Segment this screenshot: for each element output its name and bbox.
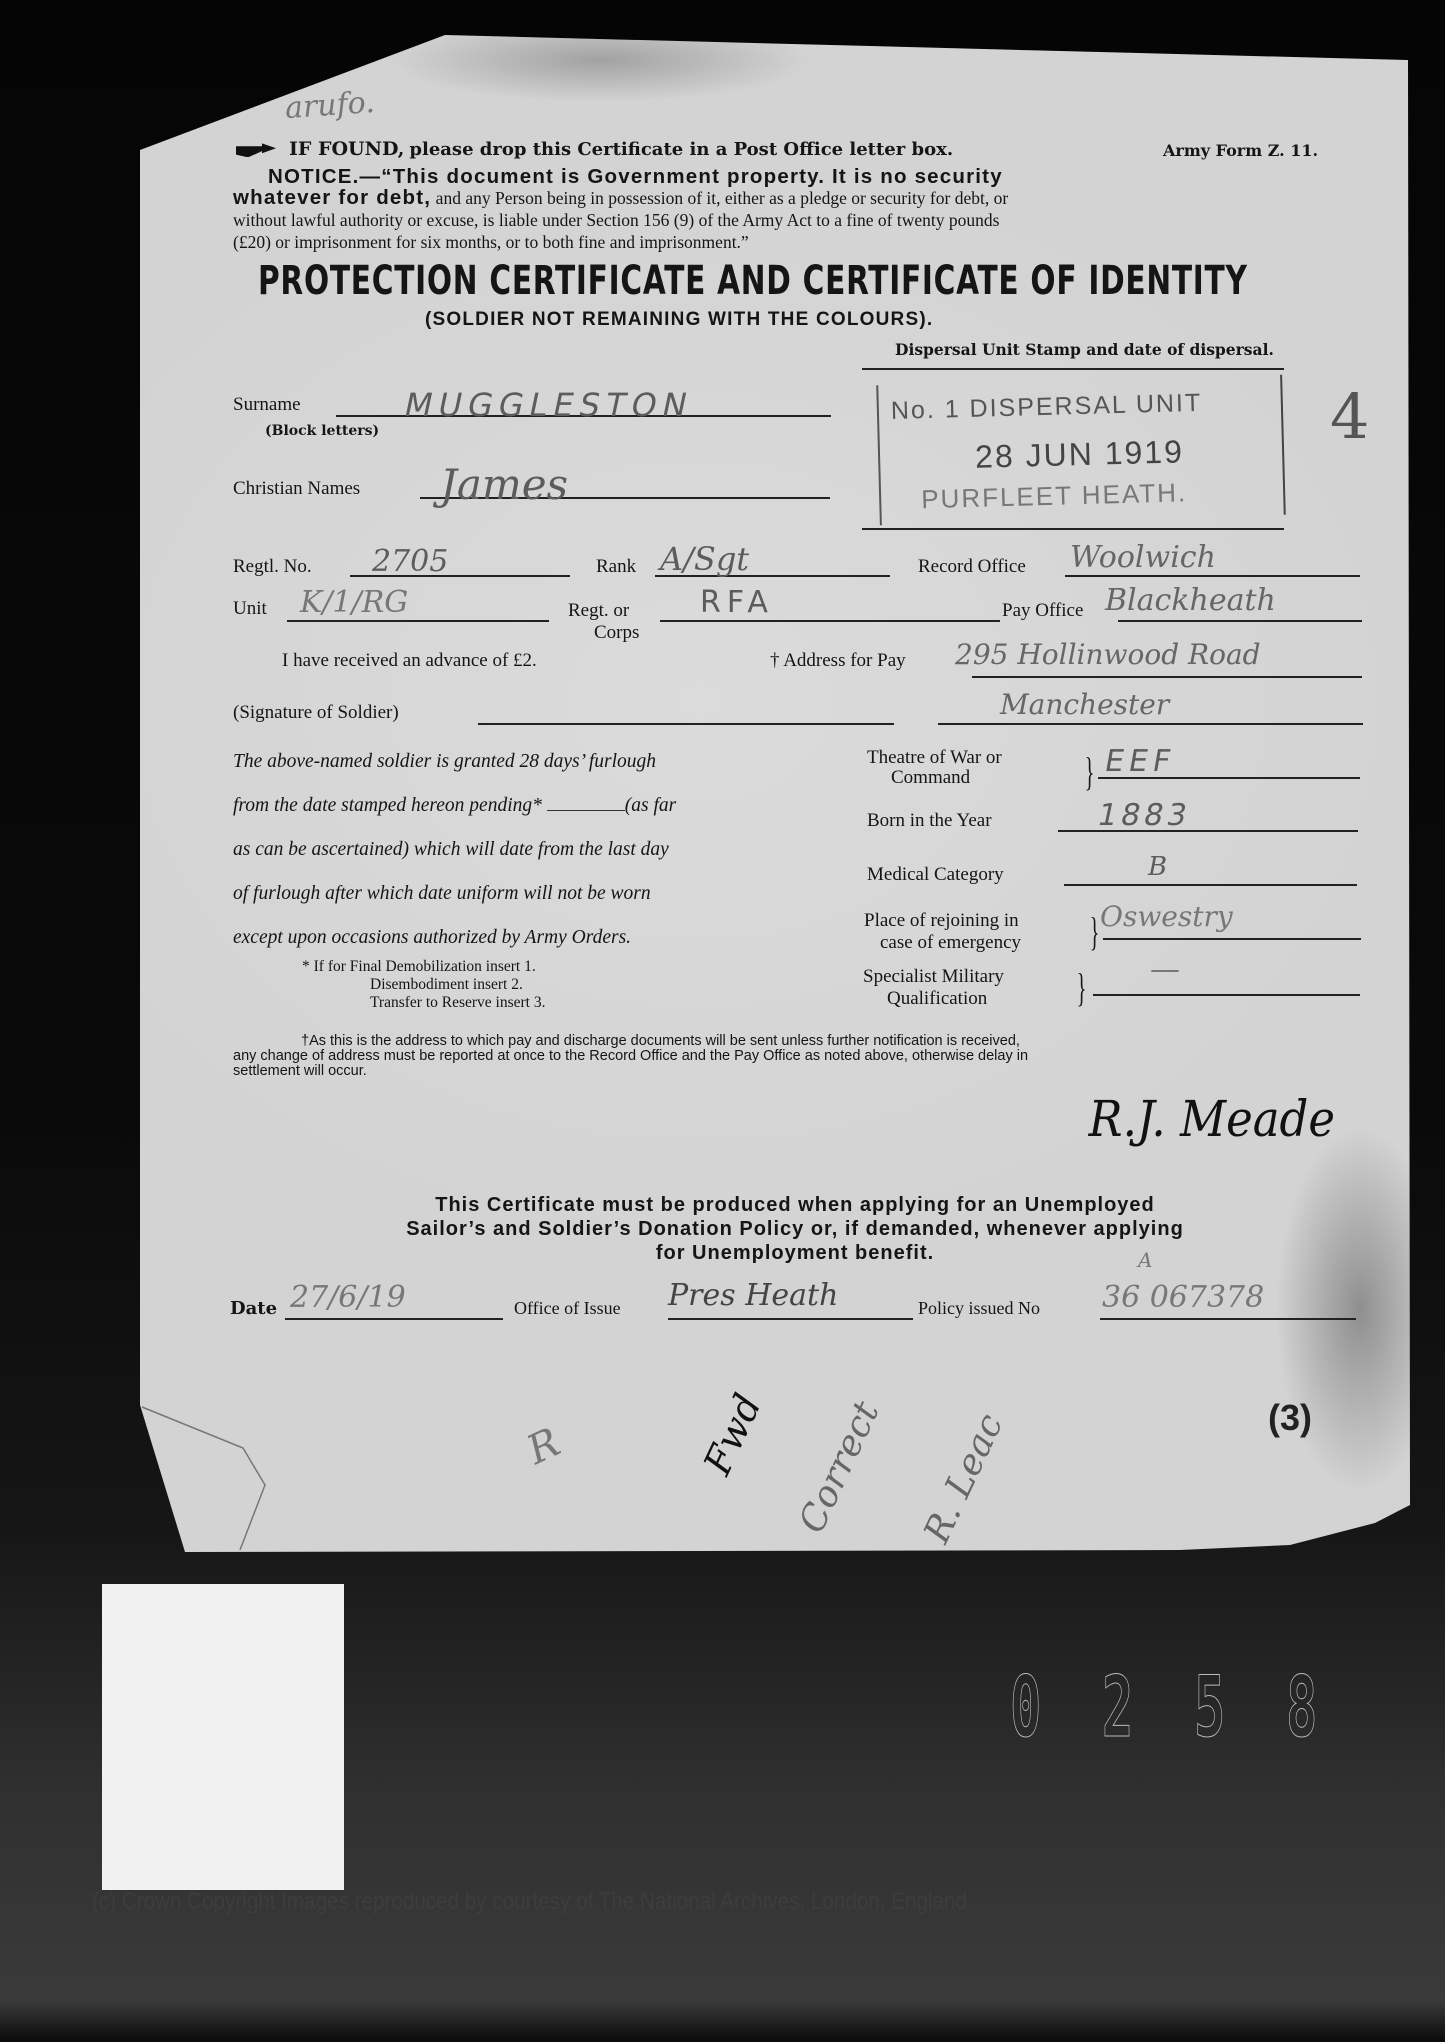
date-label: Date xyxy=(230,1298,277,1319)
born-label: Born in the Year xyxy=(867,810,992,832)
dispersal-stamp: No. 1 DISPERSAL UNIT 28 JUN 1919 PURFLEE… xyxy=(876,375,1286,526)
copyright-notice: (c) Crown Copyright Images reproduced by… xyxy=(92,1888,967,1916)
theatre-label: Theatre of War or Command xyxy=(867,748,1002,788)
officer-signature: R.J. Meade xyxy=(1089,1090,1335,1148)
regtl-no-label: Regtl. No. xyxy=(233,556,312,578)
specialist-brace: } xyxy=(1077,964,1087,1011)
record-office-label: Record Office xyxy=(918,556,1026,578)
specialist-label: Specialist Military Qualification xyxy=(863,966,1004,1010)
pay-office-line xyxy=(1118,620,1362,622)
regt-corps-value: RFA xyxy=(700,585,774,620)
footnote-star-2: Disembodiment insert 2. xyxy=(370,976,523,994)
pencil-top-note: arufo. xyxy=(284,85,376,126)
policy-number-label: Policy issued No xyxy=(918,1298,1040,1319)
donation-notice: This Certificate must be produced when a… xyxy=(240,1193,1350,1265)
margin-mark: 4 xyxy=(1330,380,1369,453)
stamp-place: PURFLEET HEATH. xyxy=(921,477,1188,515)
rejoining-line xyxy=(1103,938,1361,940)
address-value-2: Manchester xyxy=(1000,688,1169,721)
christian-names-label: Christian Names xyxy=(233,478,360,500)
record-office-line xyxy=(1065,575,1360,577)
pay-office-label: Pay Office xyxy=(1002,600,1083,622)
unit-line xyxy=(287,620,549,622)
notice-line-3: without lawful authority or excuse, is l… xyxy=(233,210,999,231)
medical-value: B xyxy=(1148,852,1167,882)
born-value: 1883 xyxy=(1094,798,1194,833)
advance-text: I have received an advance of £2. xyxy=(282,650,537,672)
medical-label: Medical Category xyxy=(867,864,1004,886)
theatre-value: EEF xyxy=(1102,744,1178,779)
office-of-issue-value: Pres Heath xyxy=(668,1278,838,1313)
surname-value: MUGGLESTON xyxy=(401,386,697,424)
pay-office-value: Blackheath xyxy=(1105,583,1276,618)
address-for-pay-label: † Address for Pay xyxy=(770,650,906,672)
signature-of-soldier-label: (Signature of Soldier) xyxy=(233,702,399,724)
stamp-date: 28 JUN 1919 xyxy=(975,433,1185,475)
document-subtitle: (SOLDIER NOT REMAINING WITH THE COLOURS)… xyxy=(425,309,933,331)
policy-number-line xyxy=(1100,1318,1356,1320)
footnote-star-1: * If for Final Demobilization insert 1. xyxy=(302,958,536,976)
regt-corps-line xyxy=(660,620,1000,622)
stamp-heading: Dispersal Unit Stamp and date of dispers… xyxy=(895,340,1274,359)
army-form-number: Army Form Z. 11. xyxy=(1163,141,1318,160)
frame-digit: 2 xyxy=(1102,1665,1140,1749)
rejoining-value: Oswestry xyxy=(1100,900,1233,933)
medical-line xyxy=(1064,884,1357,886)
office-of-issue-label: Office of Issue xyxy=(514,1298,621,1319)
notice-line-2: whatever for debt, and any Person being … xyxy=(233,186,1008,210)
surname-label: Surname xyxy=(233,394,301,416)
pointing-hand-icon xyxy=(236,143,276,157)
frame-digit: 5 xyxy=(1194,1665,1232,1749)
specialist-value: — xyxy=(1150,952,1180,987)
unit-label: Unit xyxy=(233,598,267,620)
rank-label: Rank xyxy=(596,556,636,578)
certificate-paper: arufo. IF FOUND, please drop this Certif… xyxy=(0,0,1445,1560)
rejoining-label: Place of rejoining in case of emergency xyxy=(864,910,1021,954)
frame-digit: 8 xyxy=(1286,1665,1324,1749)
film-white-card xyxy=(102,1584,344,1890)
date-line xyxy=(285,1318,503,1320)
demob-type-blank xyxy=(547,810,625,811)
theatre-brace: } xyxy=(1085,748,1095,795)
frame-digit: 0 xyxy=(1010,1665,1048,1749)
christian-names-value: James xyxy=(440,460,568,509)
furlough-paragraph: The above-named soldier is granted 28 da… xyxy=(233,740,676,960)
address-value-1: 295 Hollinwood Road xyxy=(955,638,1261,671)
notice-line-4: (£20) or imprisonment for six months, or… xyxy=(233,232,749,253)
signature-of-soldier-line xyxy=(478,723,894,725)
office-of-issue-line xyxy=(668,1318,913,1320)
frame-counter: 0 2 5 8 xyxy=(1010,1665,1348,1749)
regt-corps-label-2: Corps xyxy=(594,622,639,644)
surname-sublabel: (Block letters) xyxy=(265,423,379,439)
if-found-line: IF FOUND, please drop this Certificate i… xyxy=(236,138,953,161)
date-value: 27/6/19 xyxy=(290,1280,406,1315)
address-line-1 xyxy=(972,676,1362,678)
footnote-star-3: Transfer to Reserve insert 3. xyxy=(370,994,546,1012)
stamp-unit: No. 1 DISPERSAL UNIT xyxy=(891,389,1203,426)
document-title: PROTECTION CERTIFICATE AND CERTIFICATE O… xyxy=(258,258,1248,304)
specialist-line xyxy=(1093,994,1360,996)
regt-corps-label-1: Regt. or xyxy=(568,600,629,622)
rank-value: A/Sgt xyxy=(660,540,749,578)
page-marker: (3) xyxy=(1268,1397,1312,1439)
dagger-note: †As this is the address to which pay and… xyxy=(233,1034,1028,1079)
rejoining-brace: } xyxy=(1090,908,1100,955)
unit-value: K/1/RG xyxy=(300,585,408,620)
policy-prefix: A xyxy=(1138,1248,1152,1272)
address-line-2 xyxy=(938,723,1363,725)
regtl-no-value: 2705 xyxy=(372,544,448,579)
policy-number-value: 36 067378 xyxy=(1102,1280,1264,1315)
record-office-value: Woolwich xyxy=(1070,540,1216,575)
